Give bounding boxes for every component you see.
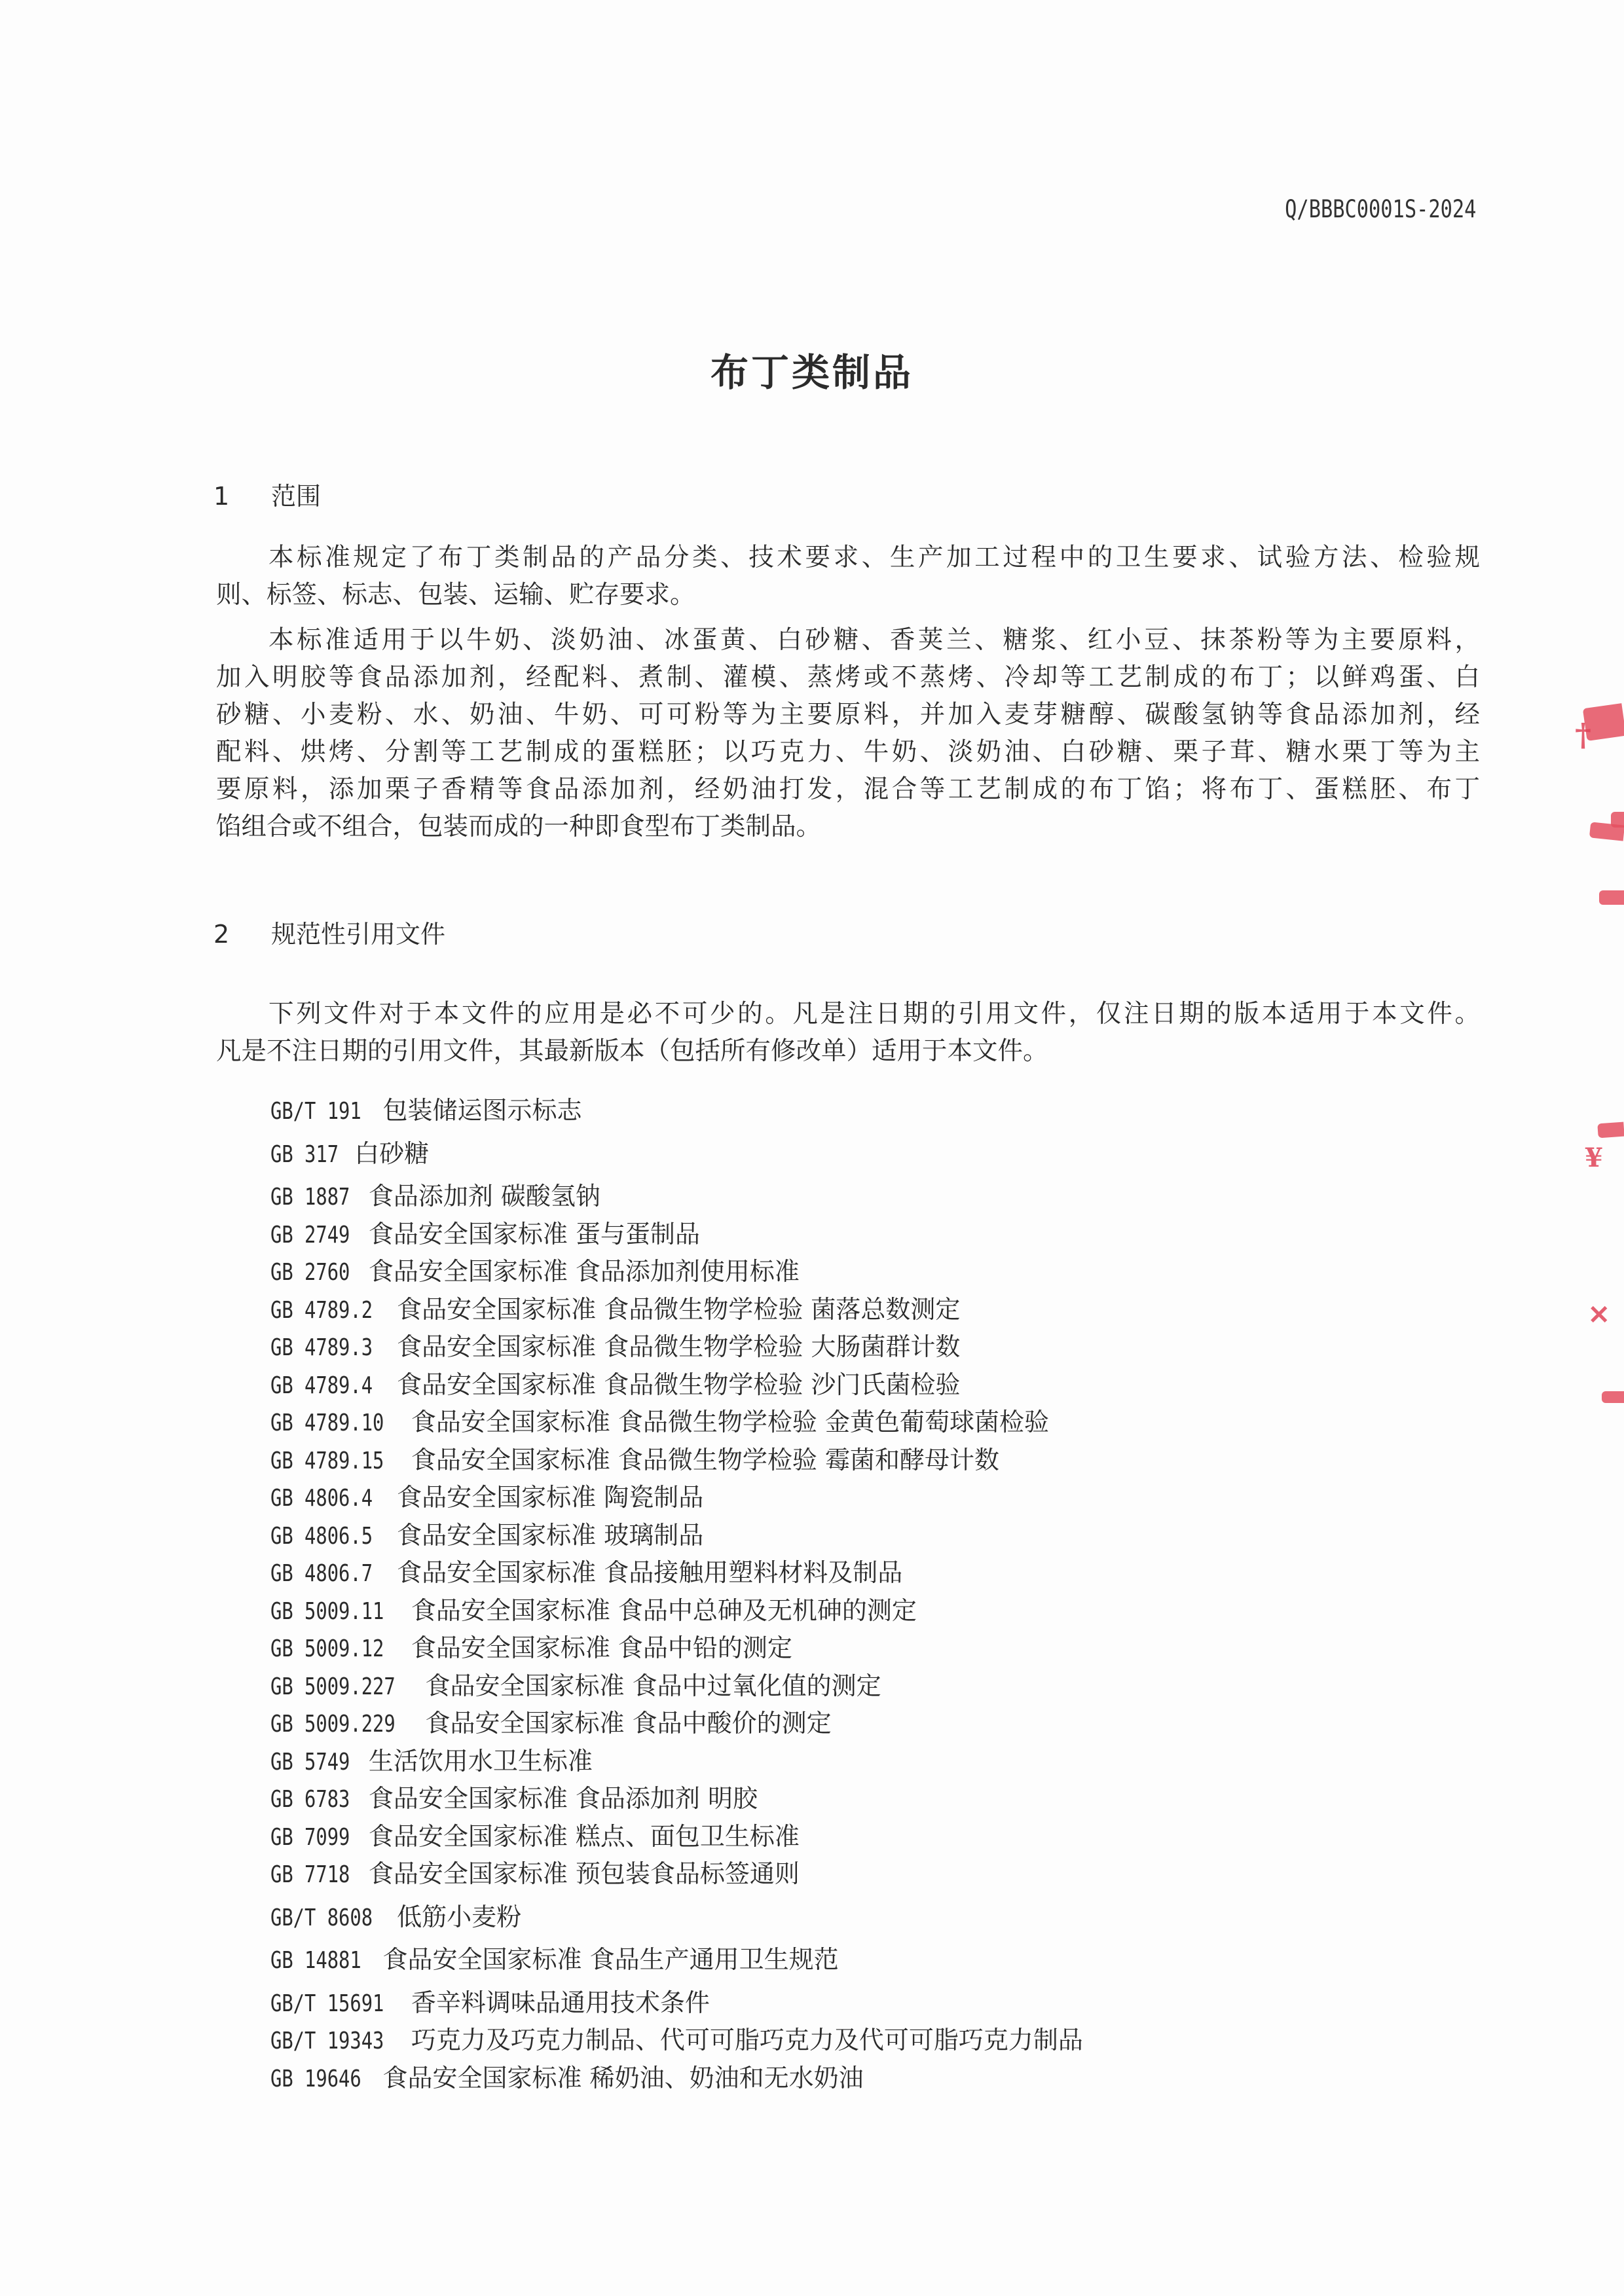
section-title: 范围 <box>271 482 321 511</box>
reference-item: GB 14881 食品安全国家标准 食品生产通用卫生规范 <box>270 1941 1083 1979</box>
reference-item: GB 5009.229 食品安全国家标准 食品中酸价的测定 <box>270 1705 1083 1743</box>
paragraph-line: 则、标签、标志、包装、运输、贮存要求。 <box>216 576 1480 613</box>
reference-item: GB/T 19343 巧克力及巧克力制品、代可可脂巧克力及代可可脂巧克力制品 <box>270 2022 1083 2060</box>
seal-fragment <box>1597 1122 1624 1139</box>
paragraph-line: 本标准规定了布丁类制品的产品分类、技术要求、生产加工过程中的卫生要求、试验方法、… <box>216 539 1480 576</box>
paragraph-line: 下列文件对于本文件的应用是必不可少的。凡是注日期的引用文件，仅注日期的版本适用于… <box>216 995 1480 1032</box>
section-heading-2: 2规范性引用文件 <box>213 914 445 950</box>
reference-item: GB 5009.227 食品安全国家标准 食品中过氧化值的测定 <box>270 1667 1083 1705</box>
paragraph-line: 配料、烘烤、分割等工艺制成的蛋糕胚；以巧克力、牛奶、淡奶油、白砂糖、栗子茸、糖水… <box>216 733 1480 771</box>
reference-item: GB 4789.4 食品安全国家标准 食品微生物学检验 沙门氏菌检验 <box>270 1366 1083 1404</box>
document-code: Q/BBBC0001S-2024 <box>1285 195 1476 223</box>
reference-item: GB 317 白砂糖 <box>270 1135 1083 1173</box>
section-number: 1 <box>213 482 271 511</box>
seal-glyph: † <box>1575 717 1591 754</box>
paragraph-line: 馅组合或不组合，包装而成的一种即食型布丁类制品。 <box>216 808 1480 845</box>
section-number: 2 <box>213 920 271 949</box>
paragraph-line: 凡是不注日期的引用文件，其最新版本（包括所有修改单）适用于本文件。 <box>216 1032 1480 1070</box>
reference-item: GB 4806.7 食品安全国家标准 食品接触用塑料材料及制品 <box>270 1554 1083 1592</box>
reference-item: GB 1887 食品添加剂 碳酸氢钠 <box>270 1178 1083 1216</box>
scope-paragraph-2: 本标准适用于以牛奶、淡奶油、冰蛋黄、白砂糖、香荚兰、糖浆、红小豆、抹茶粉等为主要… <box>216 621 1480 845</box>
reference-item: GB 4789.15 食品安全国家标准 食品微生物学检验 霉菌和酵母计数 <box>270 1442 1083 1480</box>
section-heading-1: 1范围 <box>213 476 321 512</box>
reference-item: GB 4806.4 食品安全国家标准 陶瓷制品 <box>270 1479 1083 1517</box>
seal-fragment <box>1589 822 1624 841</box>
section-title: 规范性引用文件 <box>271 920 445 949</box>
reference-item: GB 5009.12 食品安全国家标准 食品中铅的测定 <box>270 1630 1083 1667</box>
normative-intro-paragraph: 下列文件对于本文件的应用是必不可少的。凡是注日期的引用文件，仅注日期的版本适用于… <box>216 995 1480 1070</box>
reference-item: GB 4789.10 食品安全国家标准 食品微生物学检验 金黄色葡萄球菌检验 <box>270 1404 1083 1442</box>
reference-item: GB 7099 食品安全国家标准 糕点、面包卫生标准 <box>270 1818 1083 1856</box>
document-page: Q/BBBC0001S-2024 布丁类制品 1范围 本标准规定了布丁类制品的产… <box>0 0 1624 2296</box>
reference-item: GB 19646 食品安全国家标准 稀奶油、奶油和无水奶油 <box>270 2060 1083 2098</box>
reference-list: GB/T 191 包装储运图示标志 GB 317 白砂糖 GB 1887 食品添… <box>270 1092 1083 2097</box>
seal-glyph: ✕ <box>1588 1300 1610 1330</box>
paragraph-line: 加入明胶等食品添加剂，经配料、煮制、灌模、蒸烤或不蒸烤、冷却等工艺制成的布丁；以… <box>216 659 1480 696</box>
seal-fragment <box>1602 1391 1624 1403</box>
reference-item: GB/T 15691 香辛料调味品通用技术条件 <box>270 1984 1083 2022</box>
reference-item: GB 4789.2 食品安全国家标准 食品微生物学检验 菌落总数测定 <box>270 1291 1083 1329</box>
reference-item: GB/T 191 包装储运图示标志 <box>270 1092 1083 1130</box>
document-title: 布丁类制品 <box>0 342 1624 397</box>
paragraph-line: 要原料，添加栗子香精等食品添加剂，经奶油打发，混合等工艺制成的布丁馅；将布丁、蛋… <box>216 771 1480 808</box>
reference-item: GB 2749 食品安全国家标准 蛋与蛋制品 <box>270 1216 1083 1254</box>
seal-fragment <box>1599 890 1624 905</box>
reference-item: GB 2760 食品安全国家标准 食品添加剂使用标准 <box>270 1253 1083 1291</box>
seal-glyph: ¥ <box>1585 1142 1603 1173</box>
reference-item: GB 4789.3 食品安全国家标准 食品微生物学检验 大肠菌群计数 <box>270 1328 1083 1366</box>
reference-item: GB 7718 食品安全国家标准 预包装食品标签通则 <box>270 1855 1083 1893</box>
reference-item: GB/T 8608 低筋小麦粉 <box>270 1899 1083 1937</box>
reference-item: GB 6783 食品安全国家标准 食品添加剂 明胶 <box>270 1780 1083 1818</box>
reference-item: GB 4806.5 食品安全国家标准 玻璃制品 <box>270 1517 1083 1555</box>
paragraph-line: 砂糖、小麦粉、水、奶油、牛奶、可可粉等为主要原料，并加入麦芽糖醇、碳酸氢钠等食品… <box>216 696 1480 733</box>
reference-item: GB 5749 生活饮用水卫生标准 <box>270 1743 1083 1781</box>
reference-item: GB 5009.11 食品安全国家标准 食品中总砷及无机砷的测定 <box>270 1592 1083 1630</box>
paragraph-line: 本标准适用于以牛奶、淡奶油、冰蛋黄、白砂糖、香荚兰、糖浆、红小豆、抹茶粉等为主要… <box>216 621 1480 659</box>
scope-paragraph-1: 本标准规定了布丁类制品的产品分类、技术要求、生产加工过程中的卫生要求、试验方法、… <box>216 539 1480 613</box>
